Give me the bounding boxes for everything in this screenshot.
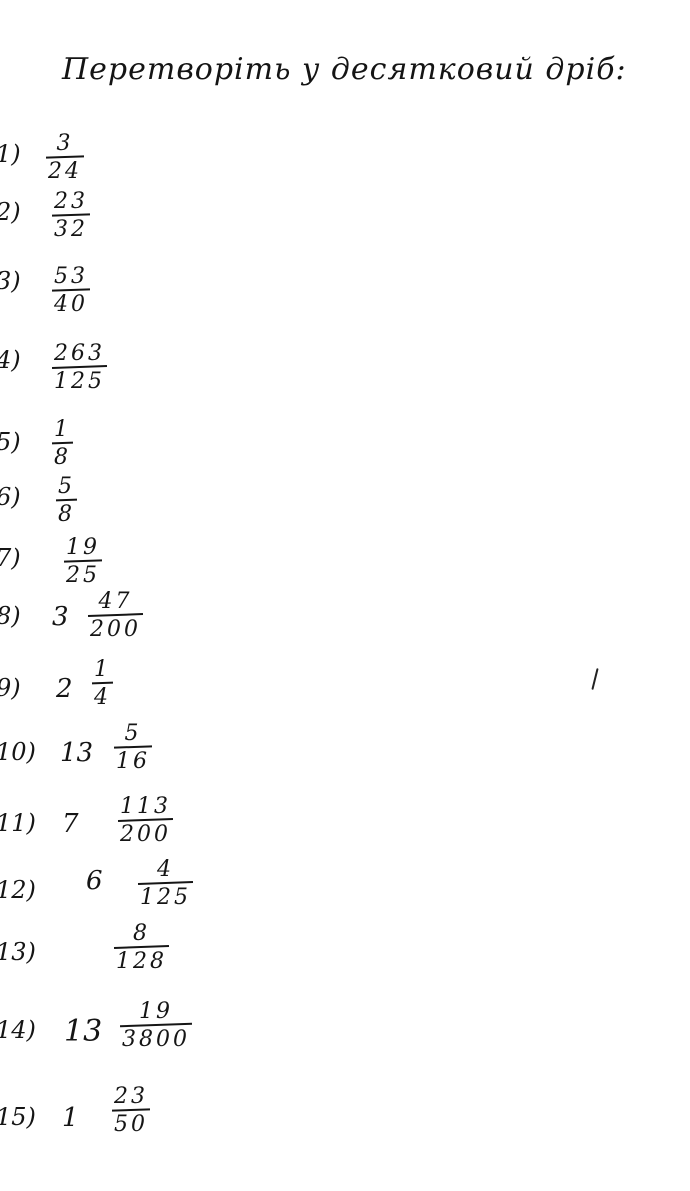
fraction: 5 8 <box>56 475 77 526</box>
item-number: 15) <box>0 1103 36 1131</box>
pen-mark <box>591 668 598 690</box>
exercise-item: 1) 3 24 <box>0 132 300 192</box>
fraction: 19 25 <box>64 536 102 587</box>
item-number: 14) <box>0 1016 36 1044</box>
numerator: 5 <box>123 722 144 745</box>
whole-part: 3 <box>52 602 69 632</box>
whole-part: 1 <box>62 1103 79 1133</box>
numerator: 1 <box>52 418 73 441</box>
fraction: 113 200 <box>118 795 173 846</box>
item-number: 6) <box>0 483 21 511</box>
exercise-item: 7) 19 25 <box>0 536 300 596</box>
item-number: 12) <box>0 876 36 904</box>
exercise-item: 14) 13 19 3800 <box>0 1000 300 1060</box>
exercise-item: 6) 5 8 <box>0 475 300 535</box>
numerator: 8 <box>131 922 152 945</box>
item-number: 4) <box>0 346 21 374</box>
exercise-item: 4) 263 125 <box>0 342 300 402</box>
fraction: 263 125 <box>52 342 107 393</box>
numerator: 3 <box>55 132 76 155</box>
item-number: 1) <box>0 140 21 168</box>
item-number: 7) <box>0 544 21 572</box>
numerator: 23 <box>52 190 90 213</box>
exercise-item: 11) 7 113 200 <box>0 795 300 855</box>
denominator: 3800 <box>120 1028 192 1051</box>
numerator: 4 <box>155 858 176 881</box>
exercise-item: 8) 3 47 200 <box>0 590 300 650</box>
item-number: 11) <box>0 809 36 837</box>
item-number: 9) <box>0 674 21 702</box>
item-number: 3) <box>0 267 21 295</box>
exercise-item: 15) 1 23 50 <box>0 1085 300 1145</box>
numerator: 19 <box>64 536 102 559</box>
whole-part: 6 <box>86 866 103 896</box>
numerator: 23 <box>112 1085 150 1108</box>
fraction: 23 50 <box>112 1085 150 1136</box>
numerator: 263 <box>52 342 107 365</box>
item-number: 2) <box>0 198 21 226</box>
denominator: 128 <box>114 950 169 973</box>
denominator: 125 <box>52 370 107 393</box>
fraction: 47 200 <box>88 590 143 641</box>
worksheet-title: Перетворіть у десятковий дріб: <box>62 52 627 87</box>
fraction: 1 4 <box>92 658 113 709</box>
fraction: 53 40 <box>52 265 90 316</box>
fraction-bar <box>92 682 113 685</box>
item-number: 13) <box>0 938 36 966</box>
denominator: 200 <box>88 618 143 641</box>
item-number: 5) <box>0 428 21 456</box>
numerator: 47 <box>97 590 135 613</box>
denominator: 50 <box>112 1113 150 1136</box>
denominator: 16 <box>114 750 152 773</box>
whole-part: 13 <box>60 738 93 768</box>
whole-part: 13 <box>64 1014 102 1049</box>
exercise-item: 13) 8 128 <box>0 922 300 982</box>
fraction: 1 8 <box>52 418 73 469</box>
denominator: 4 <box>92 686 113 709</box>
exercise-item: 3) 53 40 <box>0 265 300 325</box>
exercise-item: 10) 13 5 16 <box>0 722 300 782</box>
fraction: 4 125 <box>138 858 193 909</box>
numerator: 53 <box>52 265 90 288</box>
fraction: 5 16 <box>114 722 152 773</box>
numerator: 113 <box>118 795 173 818</box>
item-number: 8) <box>0 602 21 630</box>
fraction: 8 128 <box>114 922 169 973</box>
fraction: 23 32 <box>52 190 90 241</box>
denominator: 40 <box>52 293 90 316</box>
exercise-item: 12) 6 4 125 <box>0 858 300 918</box>
denominator: 32 <box>52 218 90 241</box>
item-number: 10) <box>0 738 36 766</box>
denominator: 125 <box>138 886 193 909</box>
denominator: 25 <box>64 564 102 587</box>
fraction-bar <box>56 499 77 502</box>
whole-part: 2 <box>56 674 73 704</box>
numerator: 19 <box>137 1000 175 1023</box>
denominator: 8 <box>52 446 73 469</box>
exercise-item: 2) 23 32 <box>0 190 300 250</box>
fraction-bar <box>52 442 73 445</box>
numerator: 1 <box>92 658 113 681</box>
fraction: 19 3800 <box>120 1000 192 1051</box>
denominator: 24 <box>46 160 84 183</box>
whole-part: 7 <box>62 809 79 839</box>
exercise-item: 9) 2 1 4 <box>0 656 300 716</box>
denominator: 200 <box>118 823 173 846</box>
exercise-item: 5) 1 8 <box>0 418 300 478</box>
fraction: 3 24 <box>46 132 84 183</box>
numerator: 5 <box>56 475 77 498</box>
denominator: 8 <box>56 503 77 526</box>
